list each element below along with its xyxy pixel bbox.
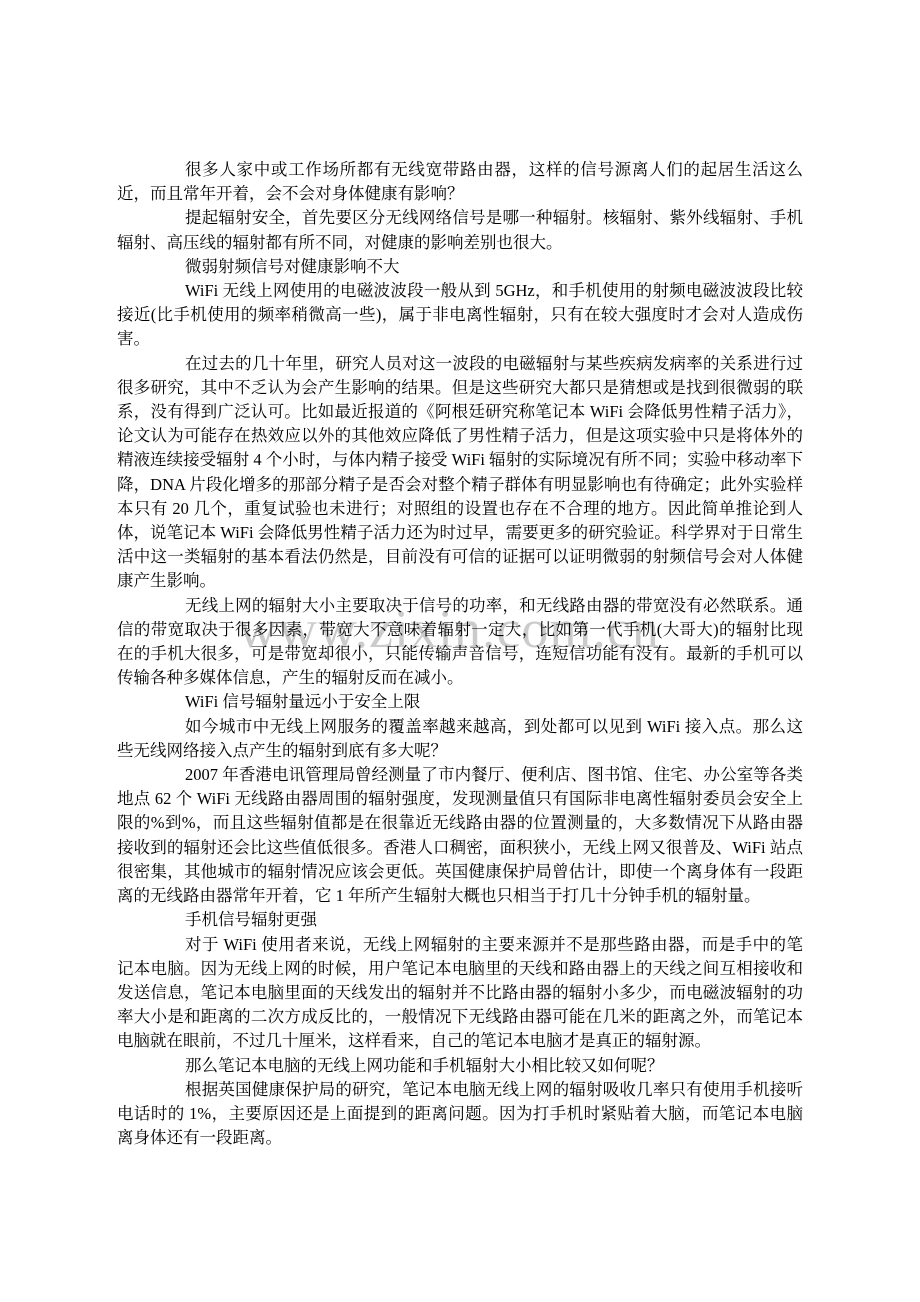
paragraph: 那么笔记本电脑的无线上网功能和手机辐射大小相比较又如何呢？ (117, 1054, 803, 1078)
paragraph: 如今城市中无线上网服务的覆盖率越来越高，到处都可以见到 WiFi 接入点。那么这… (117, 715, 803, 763)
document-body: 很多人家中或工作场所都有无线宽带路由器，这样的信号源离人们的起居生活这么近，而且… (117, 158, 803, 1150)
section-heading: WiFi 信号辐射量远小于安全上限 (117, 690, 803, 714)
paragraph: 对于 WiFi 使用者来说，无线上网辐射的主要来源并不是那些路由器，而是手中的笔… (117, 933, 803, 1054)
paragraph: 根据英国健康保护局的研究，笔记本电脑无线上网的辐射吸收几率只有使用手机接听电话时… (117, 1078, 803, 1151)
section-heading: 手机信号辐射更强 (117, 908, 803, 932)
paragraph: 无线上网的辐射大小主要取决于信号的功率，和无线路由器的带宽没有必然联系。通信的带… (117, 594, 803, 691)
paragraph: WiFi 无线上网使用的电磁波波段一般从到 5GHz，和手机使用的射频电磁波波段… (117, 279, 803, 352)
paragraph: 很多人家中或工作场所都有无线宽带路由器，这样的信号源离人们的起居生活这么近，而且… (117, 158, 803, 206)
section-heading: 微弱射频信号对健康影响不大 (117, 255, 803, 279)
paragraph: 提起辐射安全，首先要区分无线网络信号是哪一种辐射。核辐射、紫外线辐射、手机辐射、… (117, 206, 803, 254)
paragraph: 2007 年香港电讯管理局曾经测量了市内餐厅、便利店、图书馆、住宅、办公室等各类… (117, 763, 803, 908)
document-page: www.zixin.com.cn 很多人家中或工作场所都有无线宽带路由器，这样的… (0, 0, 920, 1302)
paragraph: 在过去的几十年里，研究人员对这一波段的电磁辐射与某些疾病发病率的关系进行过很多研… (117, 352, 803, 594)
